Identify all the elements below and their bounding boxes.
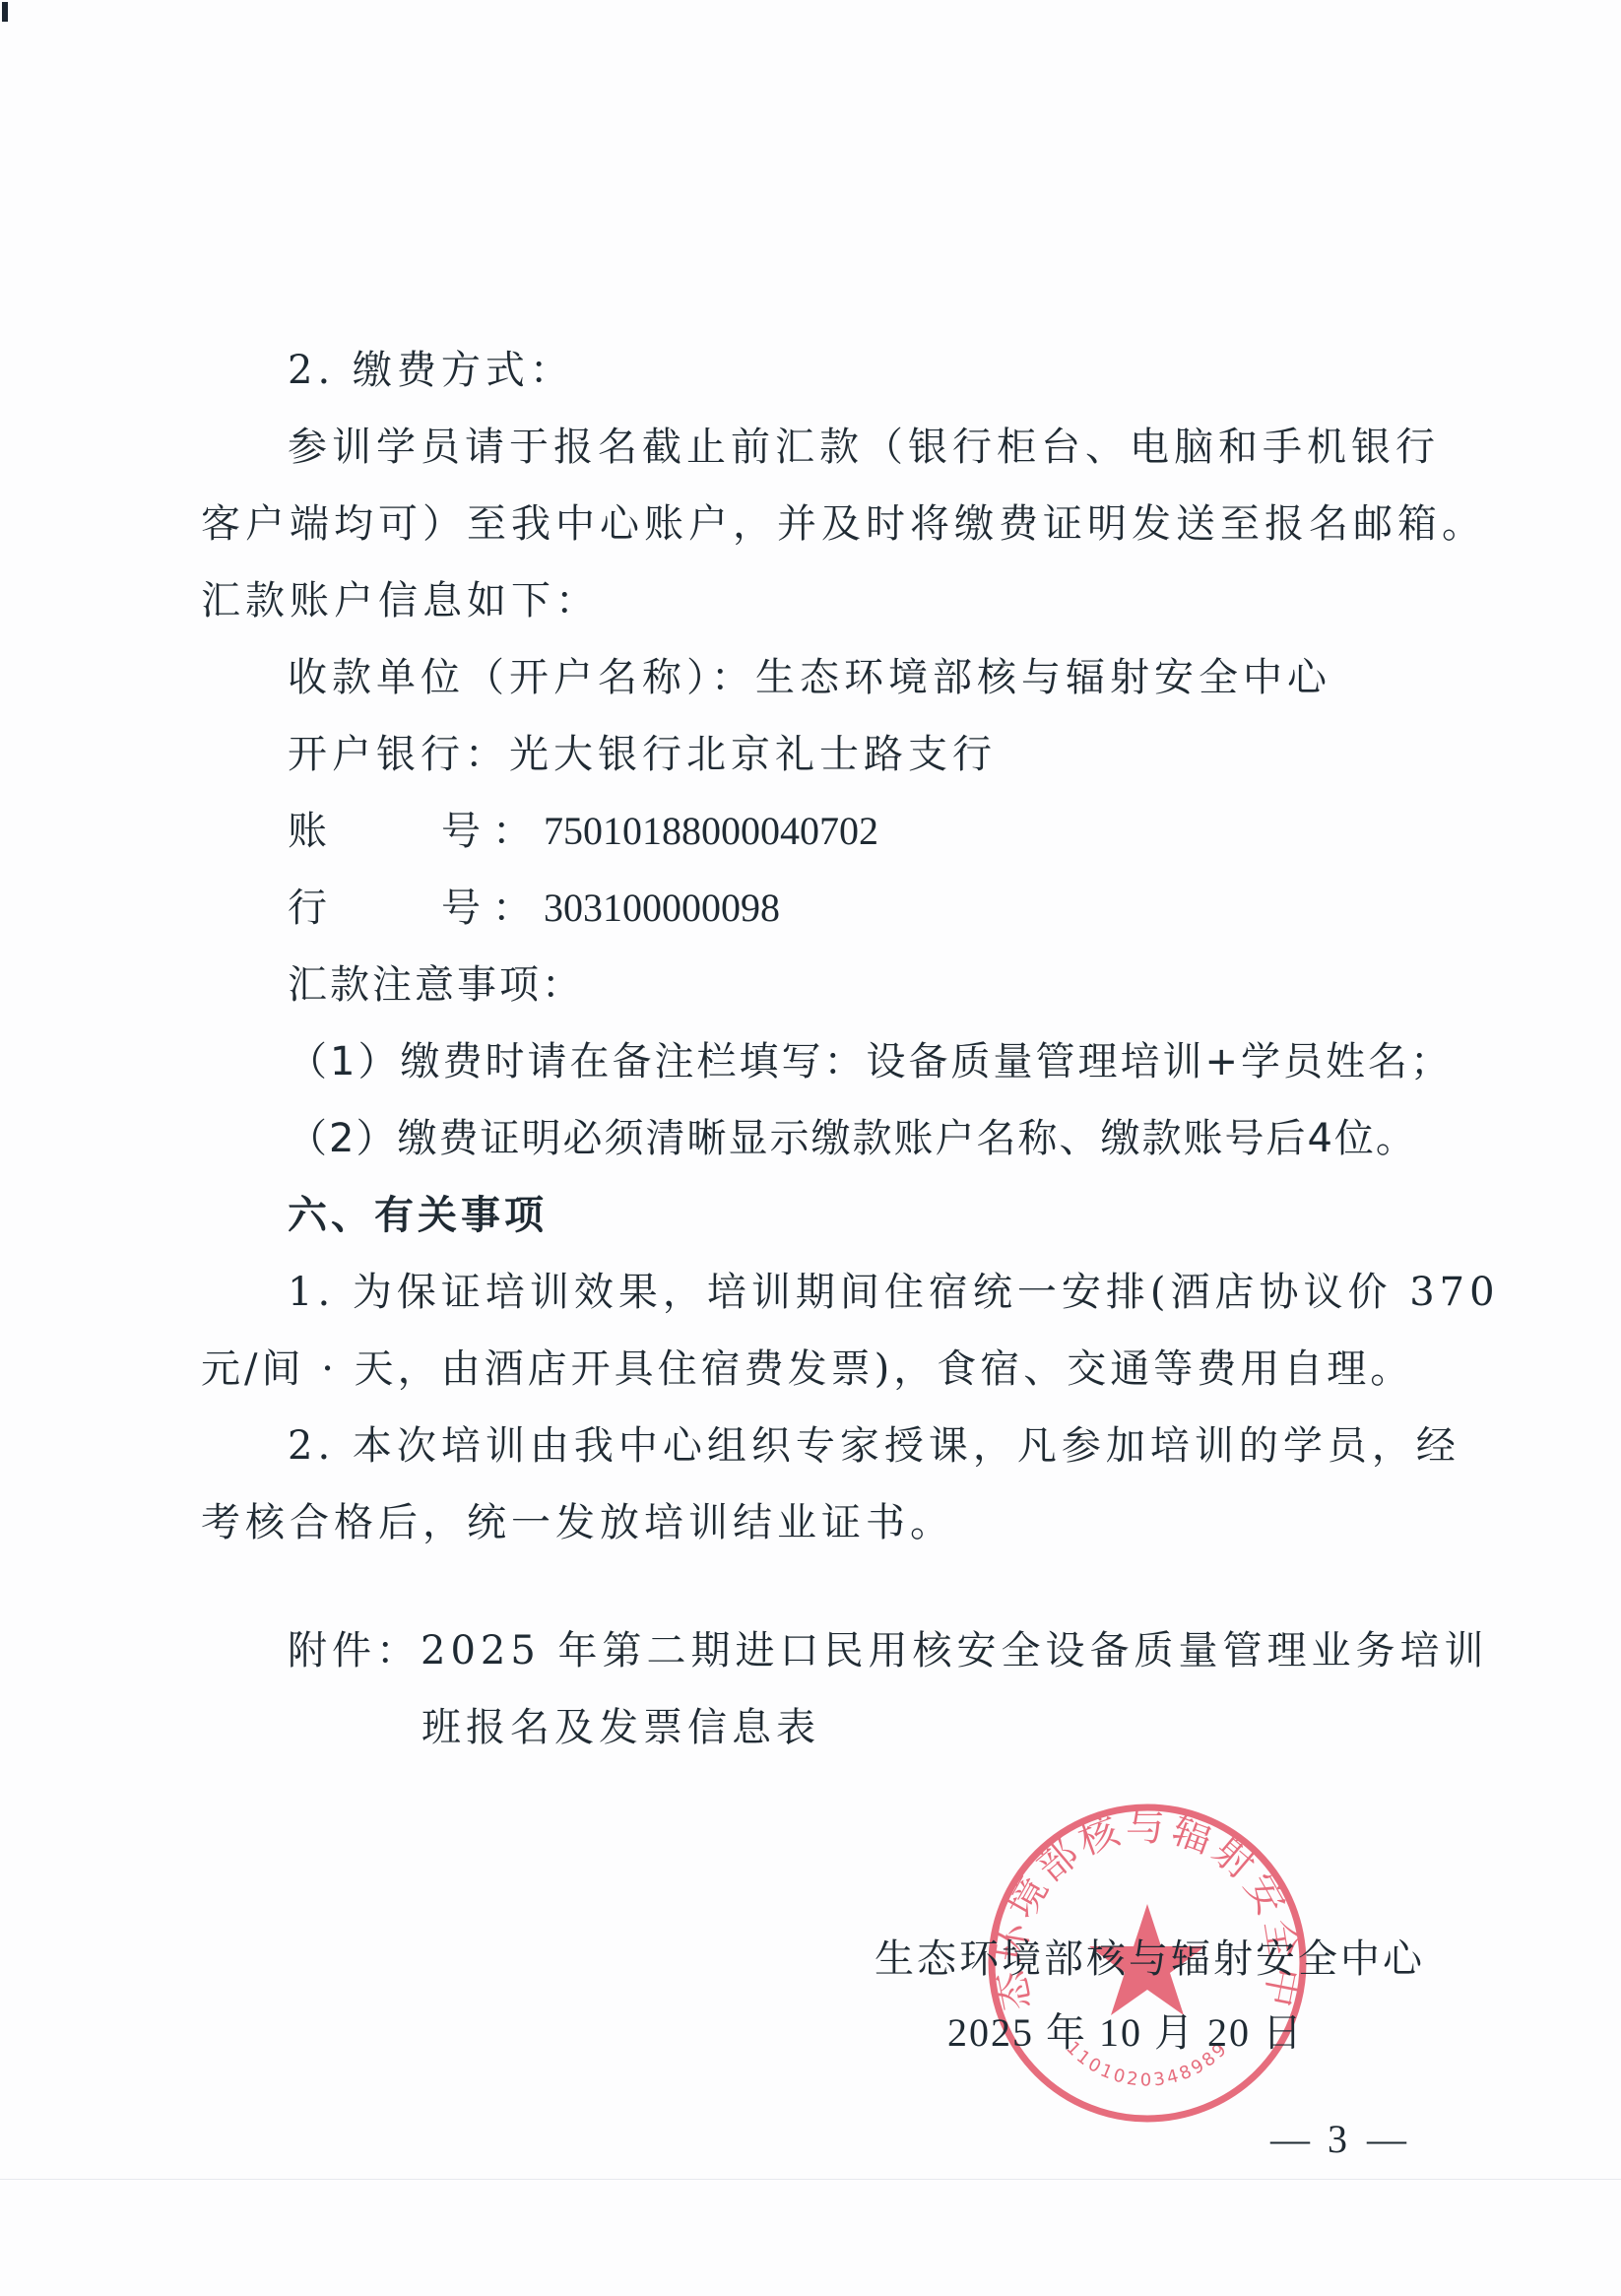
bank-value: 光大银行北京礼士路支行 — [509, 732, 997, 777]
section-six-item2-line1: 2. 本次培训由我中心组织专家授课，凡参加培训的学员，经 — [288, 1422, 1440, 1470]
note-item-2: （2）缴费证明必须清晰显示缴款账户名称、缴款账号后4位。 — [288, 1115, 1417, 1162]
account-number-label: 账 号： — [288, 809, 544, 854]
account-name-row: 收款单位（开户名称）：生态环境部核与辐射安全中心 — [288, 654, 1331, 701]
bank-code-row: 行 号：303100000098 — [288, 885, 780, 932]
section-six-item1-line1: 1. 为保证培训效果，培训期间住宿统一安排(酒店协议价 370 — [288, 1269, 1440, 1316]
account-name-value: 生态环境部核与辐射安全中心 — [755, 655, 1331, 700]
signature-date: 2025 年 10 月 20 日 — [947, 2009, 1304, 2057]
account-number-value: 75010188000040702 — [544, 809, 878, 853]
page-number: — 3 — — [1270, 2116, 1404, 2163]
page-number-left-dash: — — [1270, 2117, 1308, 2161]
page-number-value: 3 — [1328, 2117, 1347, 2161]
section-six-item1-line2: 元/间 · 天，由酒店开具住宿费发票)，食宿、交通等费用自理。 — [201, 1345, 1413, 1393]
section-six-heading: 六、有关事项 — [288, 1192, 548, 1239]
payment-intro-line3: 汇款账户信息如下： — [201, 577, 600, 624]
payment-intro-line2: 客户端均可）至我中心账户，并及时将缴费证明发送至报名邮箱。 — [201, 500, 1442, 548]
attachment-line2: 班报名及发票信息表 — [421, 1704, 820, 1751]
signature-organization: 生态环境部核与辐射安全中心 — [875, 1935, 1425, 1983]
bank-label: 开户银行： — [288, 732, 509, 777]
section-six-item2-line2: 考核合格后，统一发放培训结业证书。 — [201, 1499, 954, 1546]
scan-corner-mark — [2, 2, 8, 22]
footer-rule — [0, 2179, 1621, 2180]
note-item-1: （1）缴费时请在备注栏填写：设备质量管理培训+学员姓名； — [288, 1038, 1453, 1085]
notes-heading: 汇款注意事项： — [288, 961, 584, 1009]
payment-heading: 2. 缴费方式： — [288, 347, 574, 394]
payment-intro-line1: 参训学员请于报名截止前汇款（银行柜台、电脑和手机银行 — [288, 424, 1440, 471]
bank-code-value: 303100000098 — [544, 886, 780, 930]
bank-row: 开户银行：光大银行北京礼士路支行 — [288, 731, 997, 778]
account-number-row: 账 号：75010188000040702 — [288, 808, 878, 855]
attachment-line1: 附件：2025 年第二期进口民用核安全设备质量管理业务培训 — [288, 1627, 1440, 1674]
account-name-label: 收款单位（开户名称）： — [288, 655, 755, 700]
bank-code-label: 行 号： — [288, 886, 544, 931]
page-number-right-dash: — — [1367, 2117, 1404, 2161]
